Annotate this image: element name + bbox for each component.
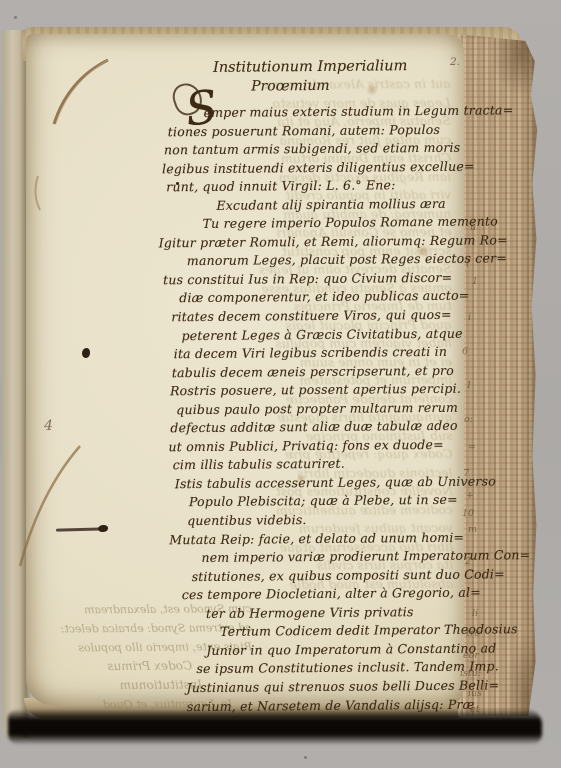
manuscript-line: ut omnis Publici, Privatiq: fons ex duod… <box>168 436 466 457</box>
ink-dot <box>176 182 179 185</box>
manuscript-line: Rostris posuere, ut possent apertius per… <box>170 380 466 401</box>
manuscript-line: emper maius exteris studium in Legum tra… <box>204 102 464 123</box>
ink-blot <box>98 525 108 532</box>
manuscript-line: Excudant alij spirantia mollius æra <box>216 194 464 215</box>
dust-speck <box>304 756 307 759</box>
manuscript-line: ces tempore Diocletiani, alter à Gregori… <box>182 584 468 605</box>
manuscript-line: nem imperio variæ prodierunt Imperatorum… <box>201 547 467 568</box>
manuscript-line: Tu regere imperio Populos Romane memento <box>203 213 465 234</box>
manuscript-line: Junior in quo Imperatorum à Constantino … <box>206 640 468 661</box>
manuscript-line: ita decem Viri legibus scribendis creati… <box>174 343 466 364</box>
manuscript-line: stitutiones, ex quibus compositi sunt du… <box>192 565 468 586</box>
scanned-manuscript-photo: aut in castris Alexandri manuLeges quas … <box>0 0 561 768</box>
manuscript-line: ter ab Hermogene Viris privatis <box>206 602 468 623</box>
manuscript-line: Istis tabulis accesserunt Leges, quæ ab … <box>175 473 467 494</box>
manuscript-line: Tertium Codicem dedit Imperator Theodosi… <box>220 621 468 642</box>
manuscript-line: ritates decem constituere Viros, qui quo… <box>171 306 465 327</box>
manuscript-line: diæ componerentur, et ideo publicas auct… <box>179 287 465 308</box>
book-cast-shadow <box>8 710 542 744</box>
manuscript-line: legibus instituendi exteris diligentius … <box>162 157 464 178</box>
manuscript-line: se ipsum Constitutiones inclusit. Tandem… <box>196 658 468 679</box>
folio-number: 2. <box>450 56 460 68</box>
dust-speck <box>14 16 17 19</box>
decorated-initial: S <box>183 83 220 132</box>
ink-blot <box>82 348 90 358</box>
body-lines: emper maius exteris studium in Legum tra… <box>158 102 469 717</box>
manuscript-line: Justinianus qui strenuos suos belli Duce… <box>187 677 469 698</box>
manuscript-line: Populo Plebiscita; quæ à Plebe, ut in se… <box>189 491 467 512</box>
manuscript-line: defectus additæ sunt aliæ duæ tabulæ ade… <box>170 417 466 438</box>
manuscript-page: aut in castris Alexandri manuLeges quas … <box>26 34 464 706</box>
foxing-stain <box>366 84 378 96</box>
manuscript-line: quibus paulo post propter multarum rerum <box>176 398 466 419</box>
manuscript-line: peterent Leges à Græcis Civitatibus, atq… <box>181 324 465 345</box>
foxing-stain <box>416 244 430 258</box>
manuscript-line: non tantum armis subigendi, sed etiam mo… <box>164 139 464 160</box>
handwritten-text-block: Institutionum Imperialium Proœmium S emp… <box>157 57 469 717</box>
manuscript-line: quentibus videbis. <box>187 510 467 531</box>
book-fore-edge <box>458 34 538 716</box>
foxing-stain <box>296 474 306 484</box>
stray-numeral: 4 <box>44 418 53 434</box>
